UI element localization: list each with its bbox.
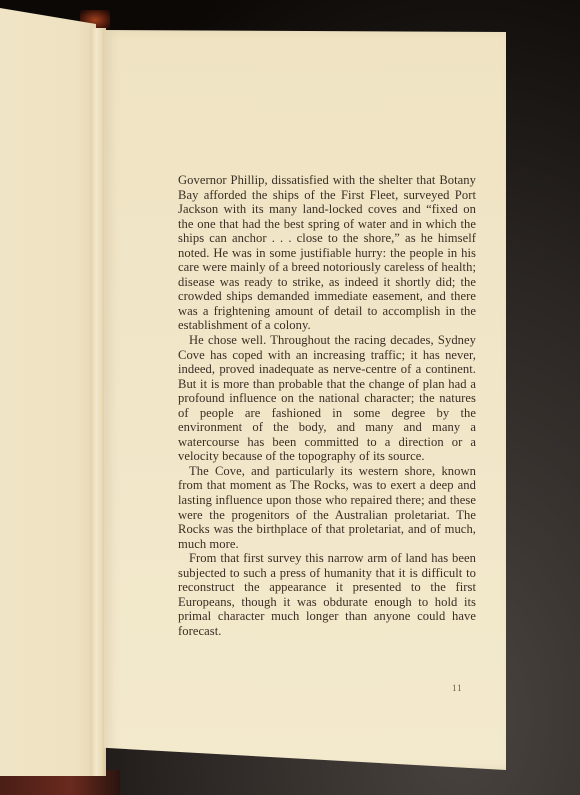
paragraph-3: The Cove, and particularly its western s…	[178, 464, 476, 551]
body-text: Governor Phillip, dissatisfied with the …	[178, 173, 476, 639]
paragraph-2: He chose well. Throughout the racing dec…	[178, 333, 476, 464]
paragraph-1: Governor Phillip, dissatisfied with the …	[178, 173, 476, 333]
left-page-blank	[0, 8, 96, 776]
paragraph-4: From that first survey this narrow arm o…	[178, 551, 476, 638]
page-number: 11	[452, 683, 463, 693]
photo-scene: Governor Phillip, dissatisfied with the …	[0, 0, 580, 795]
book-gutter	[90, 28, 106, 776]
